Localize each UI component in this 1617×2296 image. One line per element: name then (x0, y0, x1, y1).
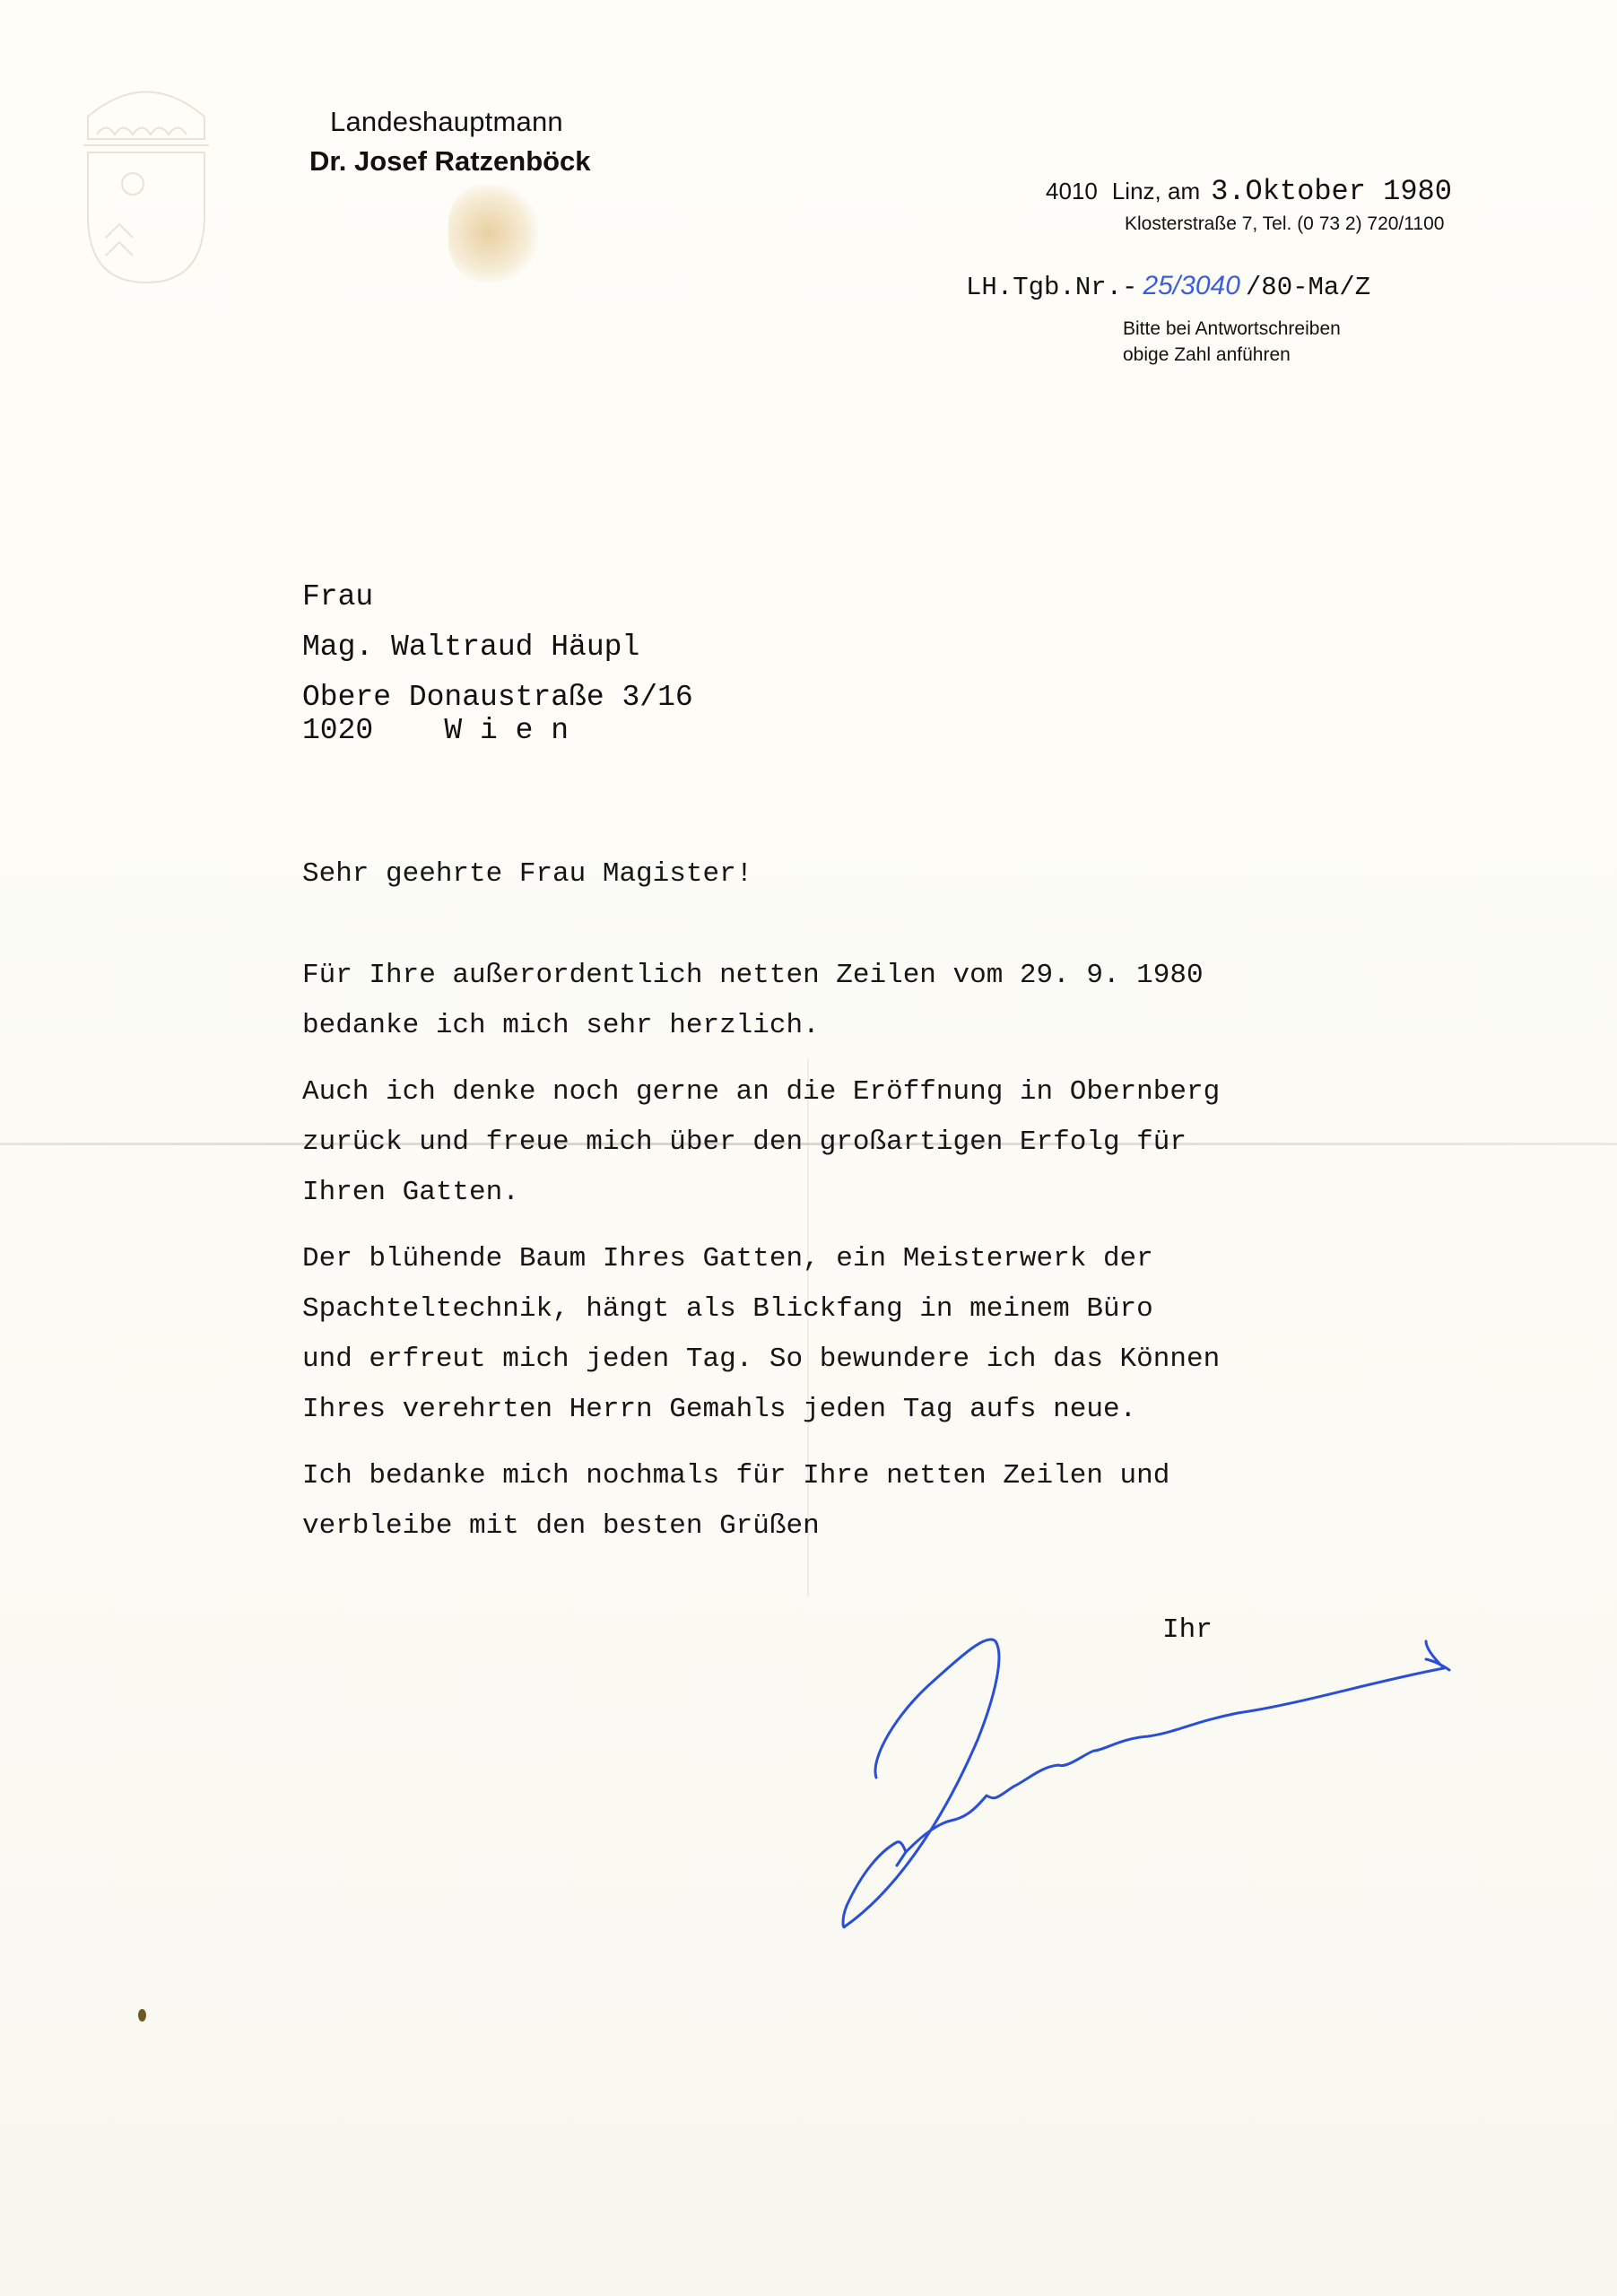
body-line: Ich bedanke mich nochmals für Ihre nette… (302, 1451, 1468, 1501)
paragraph: Für Ihre außerordentlich netten Zeilen v… (302, 951, 1468, 1051)
paragraph: Auch ich denke noch gerne an die Eröffnu… (302, 1067, 1468, 1218)
reference-note: Bitte bei Antwortschreiben obige Zahl an… (1123, 316, 1341, 368)
paper-speck (138, 2009, 146, 2022)
body-line: bedanke ich mich sehr herzlich. (302, 1001, 1468, 1051)
letter-date: 3.Oktober 1980 (1211, 175, 1452, 208)
reference-note-line: Bitte bei Antwortschreiben (1123, 316, 1341, 342)
body-line: Spachteltechnik, hängt als Blickfang in … (302, 1284, 1468, 1335)
recipient-address: Frau Mag. Waltraud Häupl Obere Donaustra… (302, 572, 693, 748)
letter-page: Landeshauptmann Dr. Josef Ratzenböck 401… (0, 0, 1617, 2296)
letterhead-title: Landeshauptmann (330, 106, 563, 138)
recipient-line: Frau (302, 572, 693, 622)
paragraph: Ich bedanke mich nochmals für Ihre nette… (302, 1451, 1468, 1552)
body-line: Für Ihre außerordentlich netten Zeilen v… (302, 951, 1468, 1001)
body-line: Auch ich denke noch gerne an die Eröffnu… (302, 1067, 1468, 1118)
place-date-line: 4010Linz, am3.Oktober 1980 (1046, 175, 1452, 208)
body-line: Ihres verehrten Herrn Gemahls jeden Tag … (302, 1385, 1468, 1435)
letterhead-name: Dr. Josef Ratzenböck (309, 145, 591, 178)
signature-icon (834, 1596, 1552, 1982)
body-line: verbleibe mit den besten Grüßen (302, 1501, 1468, 1552)
recipient-line: Mag. Waltraud Häupl (302, 622, 693, 673)
reference-note-line: obige Zahl anführen (1123, 342, 1341, 368)
reference-number: LH.Tgb.Nr.-25/3040/80-Ma/Z (966, 271, 1370, 302)
coat-of-arms-icon (79, 72, 213, 287)
city-label: Linz, am (1112, 178, 1200, 204)
reference-handwritten-number: 25/3040 (1143, 271, 1239, 300)
body-line: zurück und freue mich über den großartig… (302, 1118, 1468, 1168)
body-line: Ihren Gatten. (302, 1168, 1468, 1218)
salutation: Sehr geehrte Frau Magister! (302, 852, 1468, 897)
paragraph: Der blühende Baum Ihres Gatten, ein Meis… (302, 1234, 1468, 1435)
sender-address: Klosterstraße 7, Tel. (0 73 2) 720/1100 (1125, 213, 1444, 235)
paper-stain (448, 184, 538, 283)
reference-prefix: LH.Tgb.Nr.- (966, 273, 1137, 302)
body-line: Der blühende Baum Ihres Gatten, ein Meis… (302, 1234, 1468, 1284)
body-line: und erfreut mich jeden Tag. So bewundere… (302, 1335, 1468, 1385)
reference-suffix: /80-Ma/Z (1246, 273, 1370, 302)
postal-code: 4010 (1046, 178, 1098, 204)
letter-body: Sehr geehrte Frau Magister! Für Ihre auß… (302, 852, 1468, 1568)
